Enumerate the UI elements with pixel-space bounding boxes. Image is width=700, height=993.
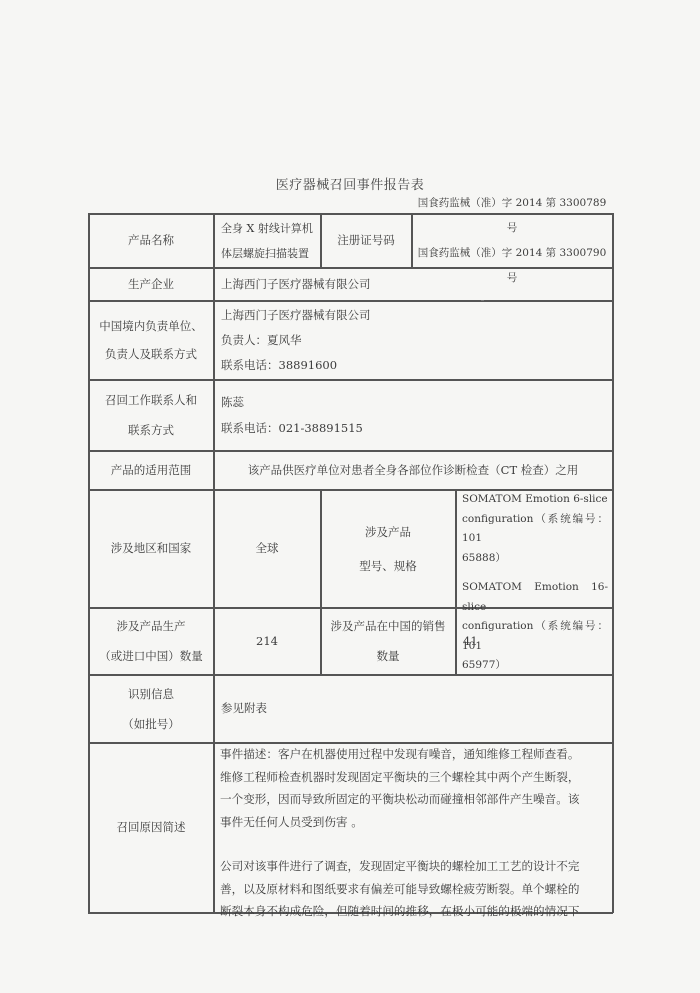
region-value: 全球 [214,490,320,607]
product-name-value: 全身 X 射线计算机 体层螺旋扫描装置 [214,214,320,267]
product-name-line: 体层螺旋扫描装置 [221,241,320,266]
label-line: 召回工作联系人和 [105,385,197,415]
label-line: 联系方式 [128,415,174,445]
registration-number: 国食药监械（准）字 2014 第 3300789 号 [412,191,612,241]
manufacturer-label: 生产企业 [89,268,213,300]
model-line: configuration（系统编号：101 [462,510,608,549]
label-line: （或进口中国）数量 [99,641,203,671]
table-border-right [612,213,614,913]
domestic-responsible-value: 上海西门子医疗器械有限公司 负责人：夏风华 联系电话：38891600 [214,301,612,379]
product-name-label: 产品名称 [89,214,213,267]
company-name: 上海西门子医疗器械有限公司 [221,303,612,328]
text-line: 维修工程师检查机器时发现固定平衡块的三个螺栓其中两个产生断裂， [220,766,606,789]
label-line: 涉及产品 [365,515,411,549]
text-line: 公司对该事件进行了调查，发现固定平衡块的螺栓加工工艺的设计不完 [220,855,606,878]
spacer [220,833,606,855]
text-line: 一个变形，因而导致所固定的平衡块松动而碰撞相邻部件产生噪音。该 [220,788,606,811]
responsible-person: 负责人：夏风华 [221,328,612,353]
identification-value: 参见附表 [214,675,612,742]
domestic-responsible-label: 中国境内负责单位、 负责人及联系方式 [89,301,213,379]
recall-reason-label: 召回原因简述 [89,743,213,912]
production-qty-label: 涉及产品生产 （或进口中国）数量 [89,608,213,674]
china-sales-qty-label: 涉及产品在中国的销售 数量 [321,608,455,674]
text-line: 断裂本身不构成危险，但随着时间的推移，在极小可能的极端的情况下 [220,900,606,923]
china-sales-qty-value: 41 [456,608,612,674]
registration-label: 注册证号码 [321,214,411,267]
contact-person: 陈蕊 [221,389,612,415]
label-line: 涉及产品生产 [117,611,186,641]
label-line: 中国境内负责单位、 [99,312,203,340]
contact-phone: 联系电话：021-38891515 [221,415,612,441]
product-name-line: 全身 X 射线计算机 [221,216,320,241]
models-value: SOMATOM Emotion 6-slice configuration（系统… [456,490,612,607]
text-line: 善，以及原材料和图纸要求有偏差可能导致螺栓疲劳断裂。单个螺栓的 [220,878,606,901]
scope-value: 该产品供医疗单位对患者全身各部位作诊断检查（CT 检查）之用 [214,451,612,489]
identification-label: 识别信息 （如批号） [89,675,213,742]
model-line: SOMATOM Emotion 6-slice [462,490,608,510]
recall-contact-value: 陈蕊 联系电话：021-38891515 [214,380,612,450]
label-line: 涉及产品在中国的销售 [331,611,446,641]
recall-reason-value: 事件描述：客户在机器使用过程中发现有噪音，通知维修工程师查看。 维修工程师检查机… [214,743,612,912]
label-line: （如批号） [122,709,180,739]
label-line: 数量 [377,641,400,671]
production-qty-value: 214 [214,608,320,674]
text-line: 事件描述：客户在机器使用过程中发现有噪音，通知维修工程师查看。 [220,743,606,766]
recall-contact-label: 召回工作联系人和 联系方式 [89,380,213,450]
label-line: 识别信息 [128,679,174,709]
investigation-description: 公司对该事件进行了调查，发现固定平衡块的螺栓加工工艺的设计不完 善，以及原材料和… [220,855,606,923]
manufacturer-value: 上海西门子医疗器械有限公司 [214,268,612,300]
label-line: 负责人及联系方式 [105,340,197,368]
scope-label: 产品的适用范围 [89,451,213,489]
spacer [462,568,608,578]
registration-value: 国食药监械（准）字 2014 第 3300789 号 国食药监械（准）字 201… [412,214,612,267]
contact-phone: 联系电话：38891600 [221,353,612,378]
model-line: 65888） [462,549,608,569]
text-line: 事件无任何人员受到伤害 。 [220,811,606,834]
event-description: 事件描述：客户在机器使用过程中发现有噪音，通知维修工程师查看。 维修工程师检查机… [220,743,606,833]
label-line: 型号、规格 [359,549,417,583]
models-label: 涉及产品 型号、规格 [321,490,455,607]
region-label: 涉及地区和国家 [89,490,213,607]
